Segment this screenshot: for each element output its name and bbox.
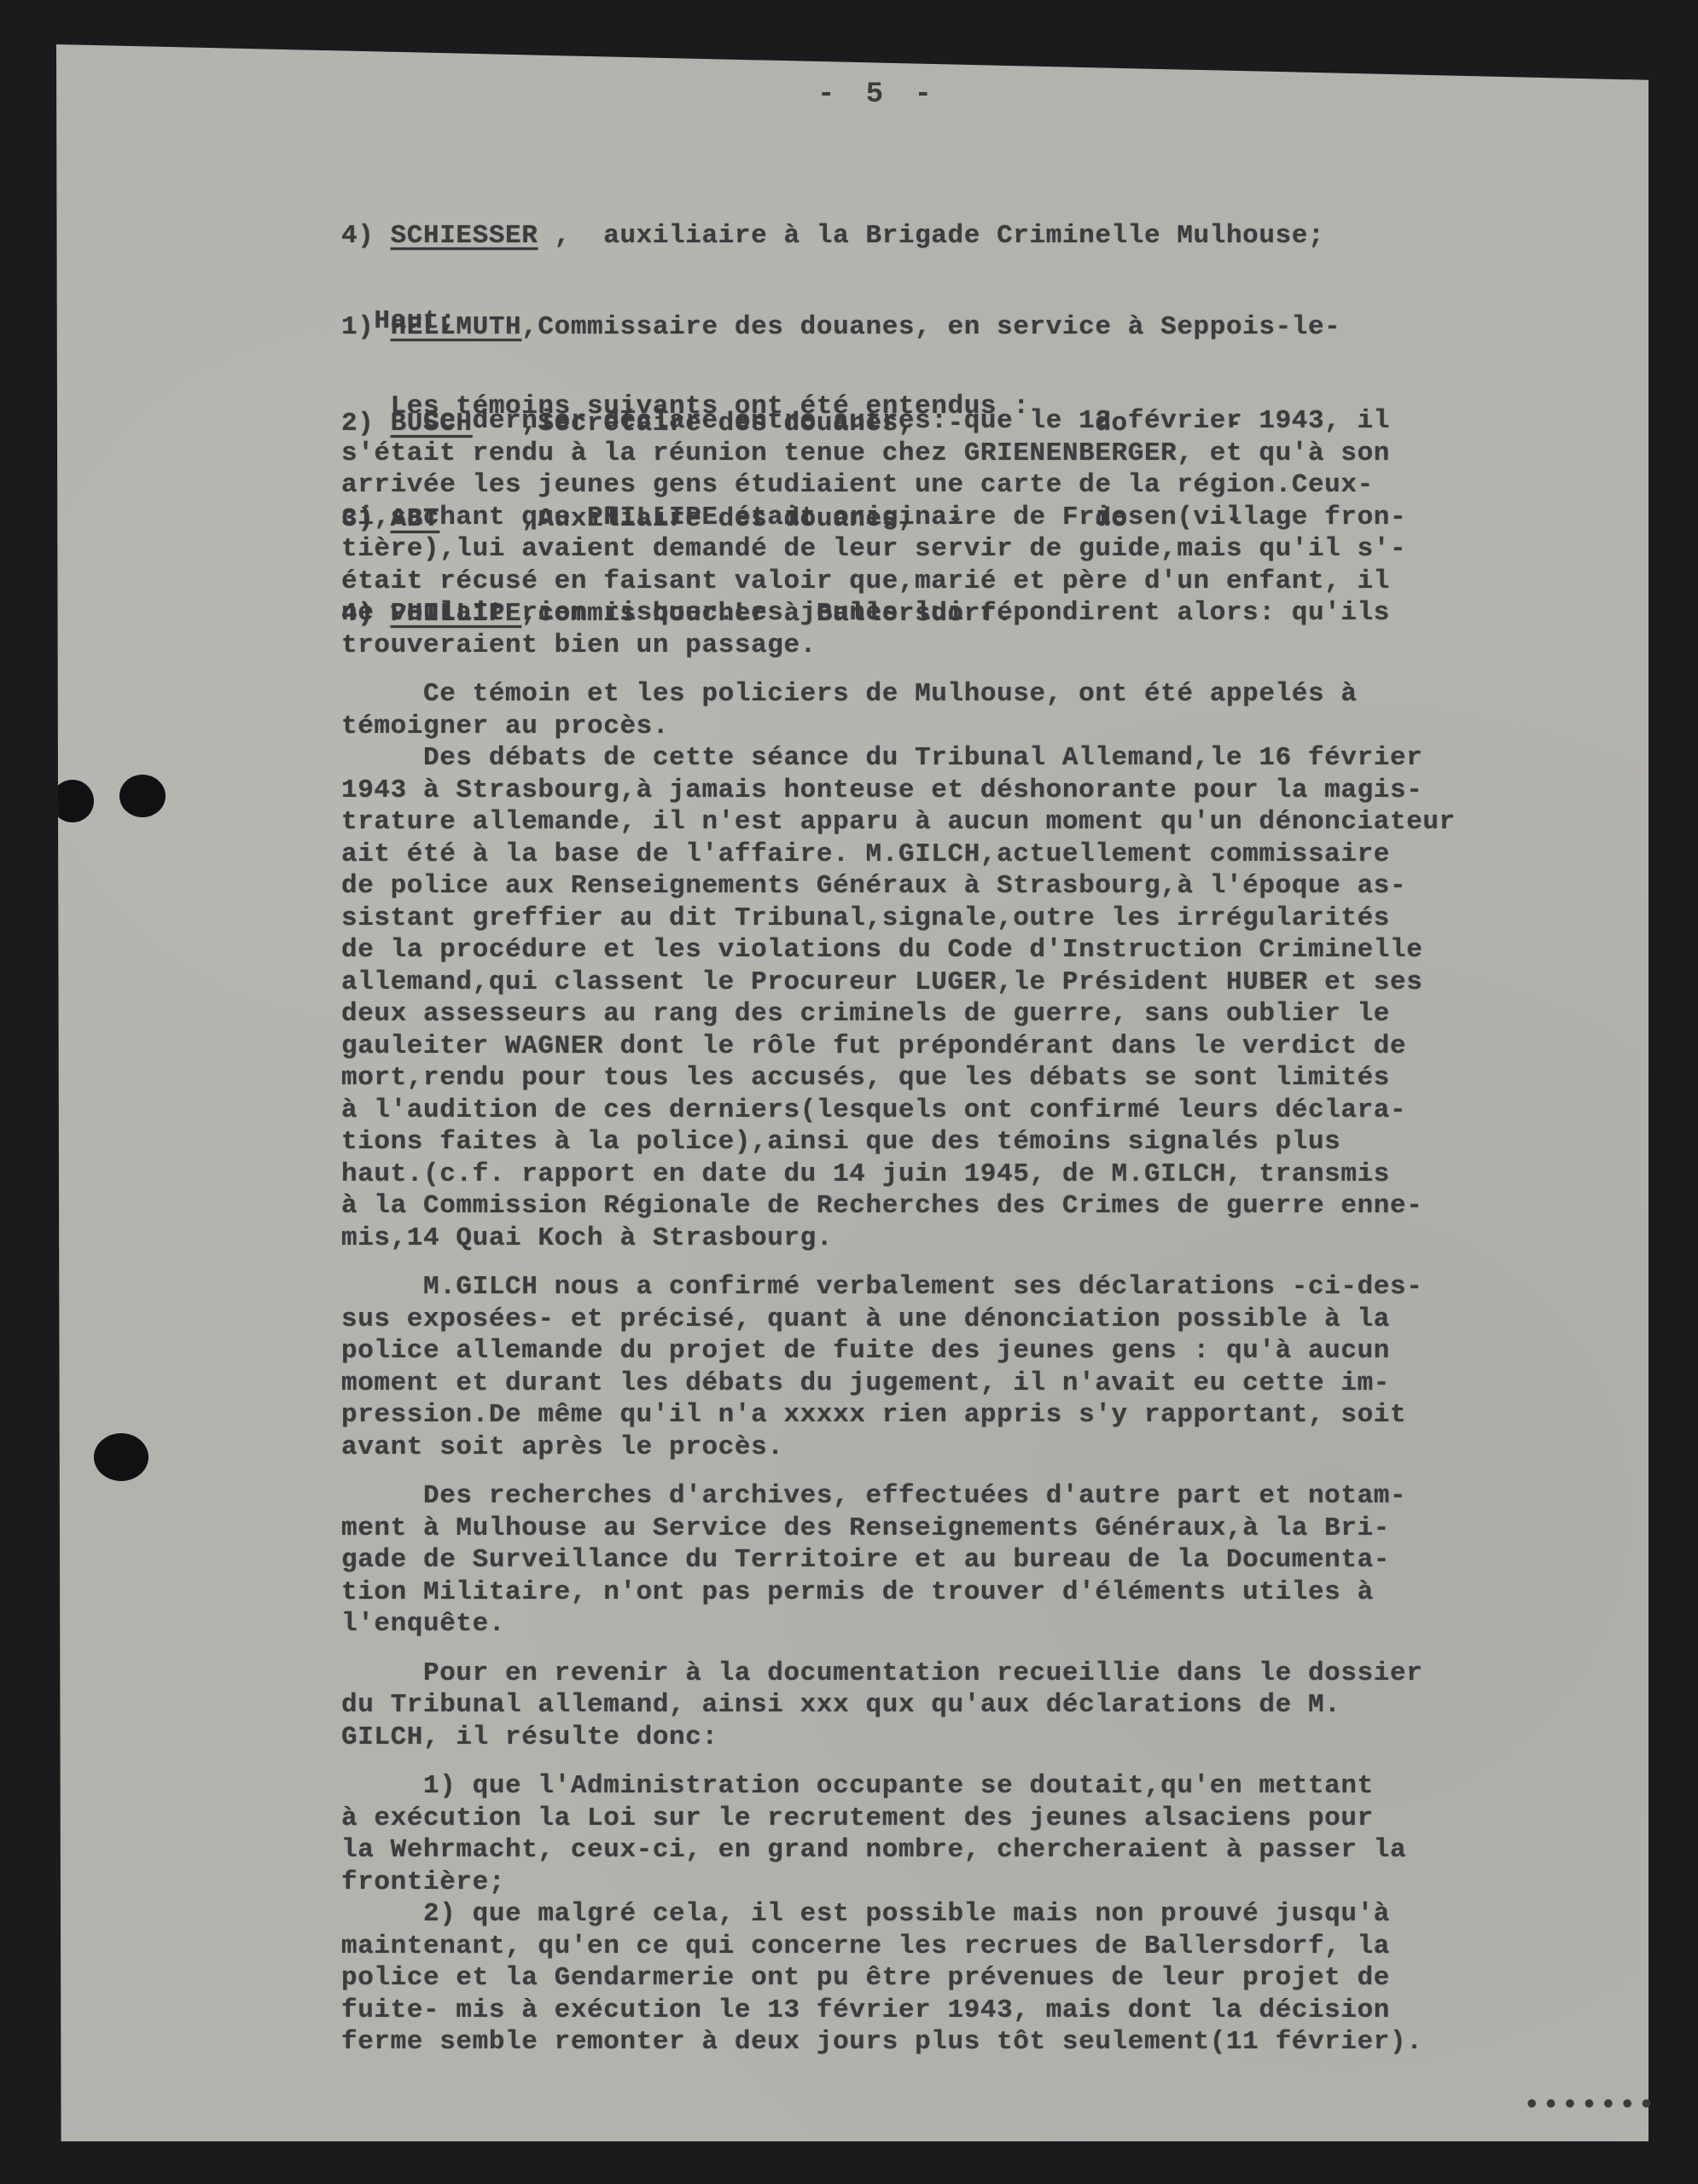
page-number: - 5 - [817, 78, 939, 111]
text-line: à exécution la Loi sur le recrutement de… [341, 1803, 1655, 1835]
text-line: l'enquête. [341, 1608, 1655, 1641]
paragraph: 1) que l'Administration occupante se dou… [341, 1770, 1655, 2059]
text-line: 2) que malgré cela, il est possible mais… [341, 1898, 1655, 1931]
text-line: gade de Surveillance du Territoire et au… [341, 1544, 1655, 1577]
text-line: la Wehrmacht, ceux-ci, en grand nombre, … [341, 1834, 1655, 1867]
text-line: trouveraient bien un passage. [341, 630, 1655, 662]
text-line: Des recherches d'archives, effectuées d'… [341, 1480, 1655, 1513]
text-line: ne voulait rien risquer.Les jeunes lui r… [341, 597, 1655, 630]
text-line: police allemande du projet de fuite des … [341, 1335, 1655, 1368]
text-line: à l'audition de ces derniers(lesquels on… [341, 1095, 1655, 1127]
text-line: police et la Gendarmerie ont pu être pré… [341, 1962, 1655, 1995]
text-line: ferme semble remonter à deux jours plus … [341, 2026, 1655, 2059]
text-line: mort,rendu pour tous les accusés, que le… [341, 1062, 1655, 1095]
text-line: avant soit après le procès. [341, 1432, 1655, 1464]
text-line: M.GILCH nous a confirmé verbalement ses … [341, 1271, 1655, 1304]
text-line: s'était rendu à la réunion tenue chez GR… [341, 438, 1655, 470]
text-line: haut.(c.f. rapport en date du 14 juin 19… [341, 1159, 1655, 1191]
text-line: mis,14 Quai Koch à Strasbourg. [341, 1223, 1655, 1255]
text-line: 1943 à Strasbourg,à jamais honteuse et d… [341, 775, 1655, 807]
text-line: Des débats de cette séance du Tribunal A… [341, 742, 1655, 775]
text-line: tière),lui avaient demandé de leur servi… [341, 533, 1655, 566]
text-line: ment à Mulhouse au Service des Renseigne… [341, 1513, 1655, 1545]
paragraph: Pour en revenir à la documentation recue… [341, 1658, 1655, 1754]
text-line: ci,sachant que PHILLIPE était originaire… [341, 502, 1655, 534]
text-line: fuite- mis à exécution le 13 février 194… [341, 1995, 1655, 2027]
text-line: du Tribunal allemand, ainsi xxx qux qu'a… [341, 1689, 1655, 1722]
text-line: à la Commission Régionale de Recherches … [341, 1190, 1655, 1223]
witness-prefix: Haut; [341, 273, 427, 337]
paragraph: Ce témoin et les policiers de Mulhouse, … [341, 678, 1655, 742]
text-line: Ce dernier déclare entre autres: que le … [341, 405, 1655, 438]
paragraph: Des débats de cette séance du Tribunal A… [341, 742, 1655, 1254]
text-line: GILCH, il résulte donc: [341, 1722, 1655, 1754]
text-line: trature allemande, il n'est apparu à auc… [341, 806, 1655, 839]
paragraph: Ce dernier déclare entre autres: que le … [341, 405, 1655, 661]
person-name: SCHIESSER [391, 221, 538, 251]
text-line: Pour en revenir à la documentation recue… [341, 1658, 1655, 1690]
text-line: ait été à la base de l'affaire. M.GILCH,… [341, 839, 1655, 871]
text-line: deux assesseurs au rang des criminels de… [341, 998, 1655, 1031]
witness-item: 1) HELLMUTH,Commissaire des douanes, en … [341, 311, 1655, 344]
punch-hole [119, 775, 166, 817]
text-line: tions faites à la police),ainsi que des … [341, 1126, 1655, 1159]
text-line: de police aux Renseignements Généraux à … [341, 870, 1655, 903]
paragraphs: Ce dernier déclare entre autres: que le … [341, 405, 1655, 2059]
text-line: sus exposées- et précisé, quant à une dé… [341, 1304, 1655, 1336]
text-line: sistant greffier au dit Tribunal,signale… [341, 903, 1655, 935]
text-line: arrivée les jeunes gens étudiaient une c… [341, 469, 1655, 502]
text-line: moment et durant les débats du jugement,… [341, 1368, 1655, 1400]
text-line: gauleiter WAGNER dont le rôle fut prépon… [341, 1031, 1655, 1063]
text-line: 1) que l'Administration occupante se dou… [341, 1770, 1655, 1803]
punch-hole [94, 1433, 148, 1481]
text-line: tion Militaire, n'ont pas permis de trou… [341, 1577, 1655, 1609]
punch-hole [51, 780, 94, 822]
text-line: témoigner au procès. [341, 711, 1655, 743]
text-line: maintenant, qu'en ce qui concerne les re… [341, 1931, 1655, 1963]
text-line: pression.De même qu'il n'a xxxxx rien ap… [341, 1399, 1655, 1432]
text-line: frontière; [341, 1867, 1655, 1899]
text-line: allemand,qui classent le Procureur LUGER… [341, 967, 1655, 999]
text-line: était récusé en faisant valoir que,marié… [341, 566, 1655, 598]
text-line: de la procédure et les violations du Cod… [341, 934, 1655, 967]
continuation-dots: ••••••• [1523, 2090, 1657, 2123]
paragraph: M.GILCH nous a confirmé verbalement ses … [341, 1271, 1655, 1463]
text-line: Ce témoin et les policiers de Mulhouse, … [341, 678, 1655, 711]
paragraph: Des recherches d'archives, effectuées d'… [341, 1480, 1655, 1641]
